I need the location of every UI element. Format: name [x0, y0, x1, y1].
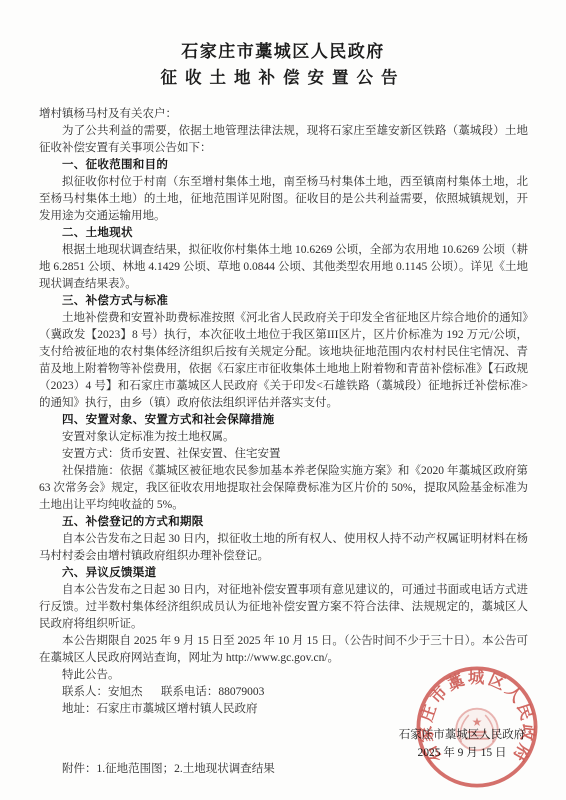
section-6-paragraph: 自本公告发布之日起 30 日内，对征地补偿安置事项有意见建议的，可通过书面或电话… [39, 582, 528, 633]
section-1-paragraph: 拟征收你村位于村南（东至增村集体土地，南至杨马村集体土地，西至镇南村集体土地，北… [39, 174, 528, 225]
section-1-heading: 一、征收范围和目的 [39, 157, 528, 174]
document-header: 石家庄市藁城区人民政府 征收土地补偿安置公告 [0, 41, 566, 89]
svg-text:★: ★ [472, 715, 483, 729]
section-4-paragraph-3: 社保措施：依据《藁城区被征地农民参加基本养老保险实施方案》和《2020 年藁城区… [39, 463, 528, 514]
document-body: 增村镇杨马村及有关农户： 为了公共利益的需要，依据土地管理法律法规，现将石家庄至… [39, 106, 528, 718]
announcement-title: 征收土地补偿安置公告 [0, 67, 566, 89]
section-2-paragraph: 根据土地现状调查结果，拟征收你村集体土地 10.6269 公顷，全部为农用地 1… [39, 242, 528, 293]
section-5-paragraph: 自本公告发布之日起 30 日内，拟征收土地的所有权人、使用权人持不动产权属证明材… [39, 531, 528, 565]
section-4-paragraph-2: 安置方式：货币安置、社保安置、住宅安置 [39, 446, 528, 463]
section-5-heading: 五、补偿登记的方式和期限 [39, 514, 528, 531]
section-3-heading: 三、补偿方式与标准 [39, 293, 528, 310]
section-4-paragraph-1: 安置对象认定标准为按土地权属。 [39, 429, 528, 446]
official-seal: 石家庄市藁城区人民政府 ★ [414, 664, 540, 790]
section-4-heading: 四、安置对象、安置方式和社会保障措施 [39, 412, 528, 429]
validity-paragraph: 本公告期限自 2025 年 9 月 15 日至 2025 年 10 月 15 日… [39, 633, 528, 667]
section-6-heading: 六、异议反馈渠道 [39, 565, 528, 582]
section-3-paragraph: 土地补偿费和安置补助费标准按照《河北省人民政府关于印发全省征地区片综合地价的通知… [39, 310, 528, 412]
intro-paragraph: 为了公共利益的需要，依据土地管理法律法规，现将石家庄至雄安新区铁路（藁城段）土地… [39, 123, 528, 157]
contact-phone: 联系电话：88079003 [161, 686, 265, 698]
national-emblem-icon: ★ [456, 709, 498, 751]
issuer-title: 石家庄市藁城区人民政府 [0, 41, 566, 63]
official-seal-graphic: 石家庄市藁城区人民政府 ★ [414, 664, 540, 790]
announcement-page: 石家庄市藁城区人民政府 征收土地补偿安置公告 增村镇杨马村及有关农户： 为了公共… [0, 0, 566, 800]
attachments-line: 附件：1.征地范围图；2.土地现状调查结果 [62, 761, 275, 778]
section-2-heading: 二、土地现状 [39, 225, 528, 242]
salutation: 增村镇杨马村及有关农户： [39, 106, 528, 123]
contact-person: 联系人：安旭杰 [62, 686, 143, 698]
